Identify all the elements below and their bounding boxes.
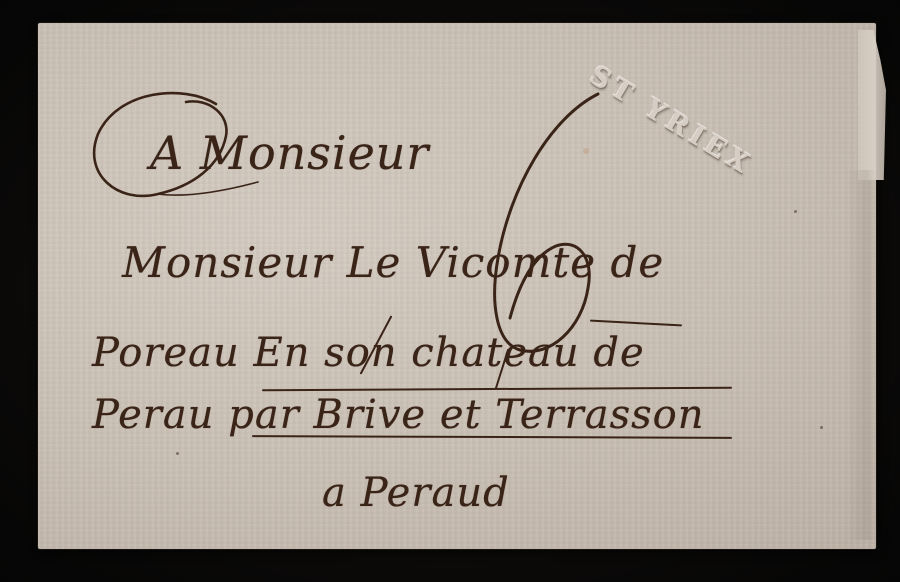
paper-speck <box>794 210 797 213</box>
address-line-title: Monsieur Le Vicomte de <box>122 238 664 287</box>
paper-stain <box>583 148 589 154</box>
paper-fold-edge <box>858 30 886 180</box>
paper-fold-shadow <box>846 170 876 540</box>
address-line-residence: Poreau En son chateau de <box>92 330 645 376</box>
paper-speck <box>176 452 179 455</box>
address-line-route: Perau par Brive et Terrasson <box>92 392 705 438</box>
address-line-destination: a Peraud <box>322 470 510 516</box>
address-line-salutation: A Monsieur <box>150 126 429 180</box>
photo-stage: ST YRIEX A Monsieur Monsieur Le Vicomte … <box>0 0 900 582</box>
paper-speck <box>820 426 823 429</box>
